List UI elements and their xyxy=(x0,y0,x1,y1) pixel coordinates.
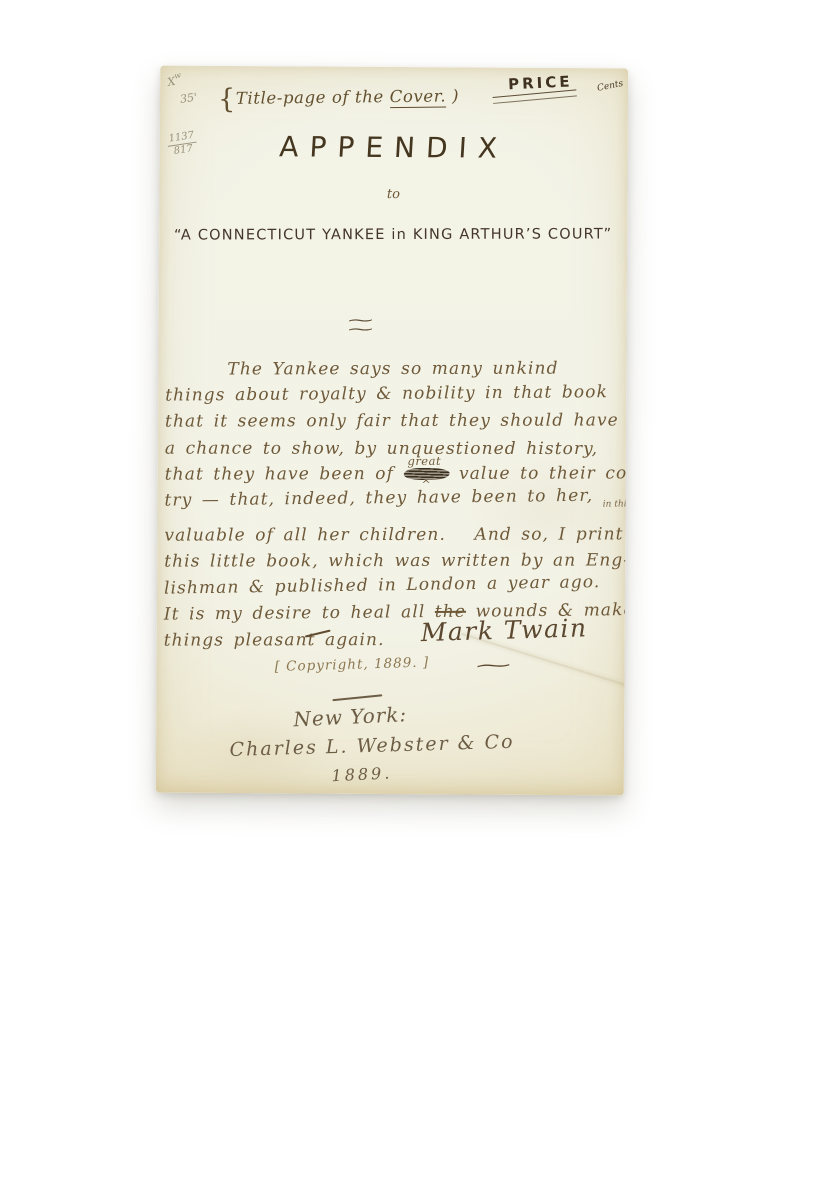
header-annotation: {Title-page of the Cover. ) xyxy=(218,81,459,115)
manuscript-line: a chance to show, by unquestioned histor… xyxy=(165,435,623,462)
price-label: PRICE xyxy=(508,72,573,93)
pencil-corner-mark: Xw xyxy=(166,70,184,89)
book-title: “A CONNECTICUT YANKEE in KING ARTHUR’S C… xyxy=(159,226,627,243)
inserted-word: great xyxy=(407,448,441,474)
imprint-flourish xyxy=(332,694,382,701)
cents-label: Cents xyxy=(596,79,624,94)
header-note-text: Title-page of the xyxy=(236,87,390,108)
manuscript-line: that it seems only fair that they should… xyxy=(165,408,623,435)
opening-brace: { xyxy=(218,84,236,115)
line-text: value to their coun- xyxy=(449,463,628,484)
divider-squiggle: ~~ xyxy=(355,317,367,335)
copyright-line: [ Copyright, 1889. ] xyxy=(274,655,429,675)
manuscript-line: valuable of all her children. And so, I … xyxy=(164,522,622,549)
underlined-word: Cover. xyxy=(390,86,447,108)
line-text: that they have been of xyxy=(165,464,404,485)
manuscript-line: things about royalty & nobility in that … xyxy=(165,379,623,409)
signature: Mark Twain xyxy=(420,613,588,647)
page-title: APPENDIX xyxy=(159,130,628,166)
manuscript-line-with-interlineation: try — that, indeed, they have been to he… xyxy=(164,482,622,522)
correction-cluster: great^ xyxy=(403,461,449,487)
signature-underline-flourish: ~ xyxy=(470,655,517,675)
header-note-close: ) xyxy=(446,86,459,105)
line-text: It is my desire to heal all xyxy=(164,602,435,625)
manuscript-photo-page: { "annotations": { "corner_mark": "X", "… xyxy=(0,0,819,1197)
title-to: to xyxy=(159,186,627,204)
line-text: try — that, indeed, they have been to he… xyxy=(164,486,602,511)
pencil-corner-mark-2: 35' xyxy=(179,91,198,106)
manuscript-sheet: Xw 35' 1137 817 {Title-page of the Cover… xyxy=(156,66,628,796)
manuscript-paragraph: The Yankee says so many unkind things ab… xyxy=(164,357,624,657)
interlined-note: in this defence xyxy=(603,499,628,510)
corner-mark-superscript: w xyxy=(173,70,182,80)
